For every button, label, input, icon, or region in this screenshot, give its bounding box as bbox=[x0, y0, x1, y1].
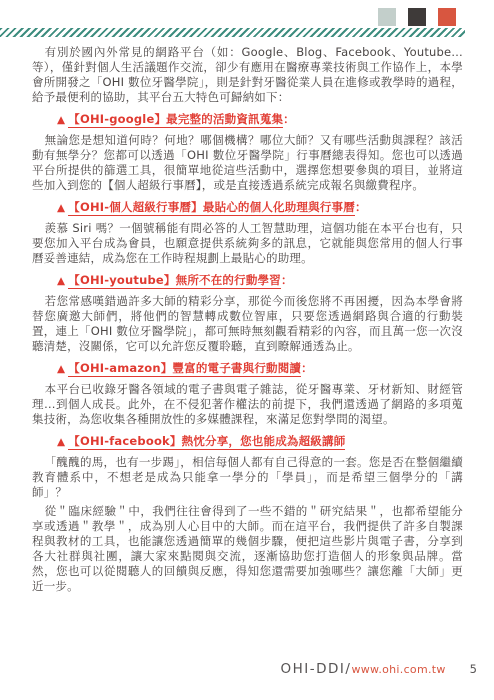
decor-square-icon bbox=[438, 8, 456, 26]
triangle-icon: ▲ bbox=[57, 202, 65, 214]
section-heading: ▲【OHI-google】最完整的活動資訊蒐集： bbox=[57, 112, 463, 128]
triangle-icon: ▲ bbox=[57, 363, 65, 375]
decor-squares bbox=[378, 8, 456, 26]
decor-square-icon bbox=[408, 8, 426, 26]
decor-square-icon bbox=[378, 8, 396, 26]
section-colon: ： bbox=[301, 361, 313, 375]
triangle-icon: ▲ bbox=[57, 275, 65, 287]
document-page: 有別於國內外常見的網路平台（如：Google、Blog、Facebook、You… bbox=[0, 0, 494, 700]
page-footer: OHI-DDI/ www.ohi.com.tw 5 bbox=[280, 661, 477, 677]
section-heading: ▲【OHI-個人超級行事曆】最貼心的個人化助理與行事曆： bbox=[57, 200, 463, 216]
section-paragraph: 「醜醜的馬，也有一步踢」，相信每個人都有自己得意的一套。您是否在整個繼續教育體系… bbox=[32, 455, 463, 500]
section-heading: ▲【OHI-facebook】熱忱分享，您也能成為超級講師 bbox=[57, 434, 463, 450]
article-body: 有別於國內外常見的網路平台（如：Google、Blog、Facebook、You… bbox=[32, 45, 463, 594]
section-colon: ： bbox=[281, 273, 293, 287]
section-ohi-facebook: ▲【OHI-facebook】熱忱分享，您也能成為超級講師 「醜醜的馬，也有一步… bbox=[32, 434, 463, 594]
section-colon: ： bbox=[283, 112, 295, 126]
intro-paragraph: 有別於國內外常見的網路平台（如：Google、Blog、Facebook、You… bbox=[32, 45, 463, 105]
page-number: 5 bbox=[470, 662, 477, 676]
section-ohi-amazon: ▲【OHI-amazon】豐富的電子書與行動閱讀： 本平台已收錄牙醫各領域的電子… bbox=[32, 361, 463, 427]
hatched-divider bbox=[0, 28, 465, 37]
section-paragraph: 本平台已收錄牙醫各領域的電子書與電子雜誌，從牙醫專業、牙材新知、財經管理…到個人… bbox=[32, 382, 463, 427]
section-ohi-personal-calendar: ▲【OHI-個人超級行事曆】最貼心的個人化助理與行事曆： 羨慕 Siri 嗎？一… bbox=[32, 200, 463, 266]
section-heading: ▲【OHI-youtube】無所不在的行動學習： bbox=[57, 273, 463, 289]
section-paragraph: 羨慕 Siri 嗎？一個號稱能有問必答的人工智慧助理，這個功能在本平台也有，只要… bbox=[32, 221, 463, 266]
section-paragraph: 無論您是想知道何時？何地？哪個機構？哪位大師？又有哪些活動與課程？該活動有無學分… bbox=[32, 133, 463, 193]
section-ohi-youtube: ▲【OHI-youtube】無所不在的行動學習： 若您常感嘆錯過許多大師的精彩分… bbox=[32, 273, 463, 354]
section-title: 【OHI-amazon】豐富的電子書與行動閱讀 bbox=[68, 361, 301, 377]
triangle-icon: ▲ bbox=[57, 436, 65, 448]
footer-url-link[interactable]: www.ohi.com.tw bbox=[351, 663, 445, 676]
triangle-icon: ▲ bbox=[57, 114, 65, 126]
section-paragraph: 若您常感嘆錯過許多大師的精彩分享，那從今而後您將不再困擾，因為本學會將替您廣邀大… bbox=[32, 294, 463, 354]
section-paragraph: 從＂臨床經驗＂中，我們往往會得到了一些不錯的＂研究結果＂，也都希望能分享或透過＂… bbox=[32, 504, 463, 594]
section-title: 【OHI-youtube】無所不在的行動學習 bbox=[68, 273, 281, 289]
section-colon: ： bbox=[355, 200, 367, 214]
section-title: 【OHI-個人超級行事曆】最貼心的個人化助理與行事曆 bbox=[68, 200, 355, 216]
footer-brand: OHI-DDI/ bbox=[280, 661, 351, 677]
section-title: 【OHI-facebook】熱忱分享，您也能成為超級講師 bbox=[68, 434, 345, 450]
section-ohi-google: ▲【OHI-google】最完整的活動資訊蒐集： 無論您是想知道何時？何地？哪個… bbox=[32, 112, 463, 193]
section-title: 【OHI-google】最完整的活動資訊蒐集 bbox=[68, 112, 283, 128]
section-heading: ▲【OHI-amazon】豐富的電子書與行動閱讀： bbox=[57, 361, 463, 377]
